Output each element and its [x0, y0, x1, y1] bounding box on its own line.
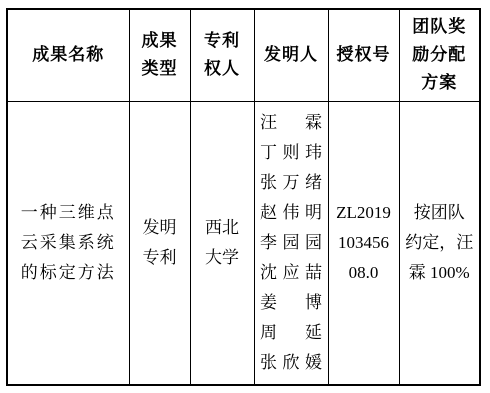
text-line: ZL2019 — [329, 198, 399, 228]
text-line: 发明人 — [255, 41, 328, 69]
text-line: 李园园 — [260, 228, 322, 258]
patent-results-table: 成果名称 成果类型 专利权人 发明人 授权号 团队奖励分配方案 一种三维点云采集… — [6, 8, 481, 386]
text-line: 授权号 — [329, 41, 399, 69]
text-line: 发明 — [130, 213, 190, 243]
column-header-patentee: 专利权人 — [190, 9, 254, 101]
column-header-achievement-type: 成果类型 — [129, 9, 190, 101]
text-line: 西北 — [191, 213, 254, 243]
text-line: 大学 — [191, 243, 254, 273]
table-data-row: 一种三维点云采集系统的标定方法 发明专利 西北大学 汪霖丁则玮张万绪赵伟明李园园… — [7, 101, 480, 385]
text-line: 丁则玮 — [260, 138, 322, 168]
cell-achievement-type: 发明专利 — [129, 101, 190, 385]
text-line: 的标定方法 — [8, 258, 129, 288]
text-line: 张欣媛 — [260, 348, 322, 378]
column-header-achievement-name: 成果名称 — [7, 9, 129, 101]
text-line: 汪霖 — [260, 108, 322, 138]
text-line: 成果 — [130, 27, 190, 55]
text-line: 张万绪 — [260, 168, 322, 198]
text-line: 沈应喆 — [260, 258, 322, 288]
text-line: 方案 — [400, 69, 480, 97]
cell-achievement-name: 一种三维点云采集系统的标定方法 — [7, 101, 129, 385]
table-header-row: 成果名称 成果类型 专利权人 发明人 授权号 团队奖励分配方案 — [7, 9, 480, 101]
column-header-grant-number: 授权号 — [328, 9, 399, 101]
text-line: 103456 — [329, 228, 399, 258]
column-header-inventors: 发明人 — [254, 9, 328, 101]
column-header-team-award-plan: 团队奖励分配方案 — [399, 9, 480, 101]
page: { "page": { "background": "#ffffff", "te… — [0, 0, 490, 393]
text-line: 周延 — [260, 318, 322, 348]
text-line: 姜博 — [260, 288, 322, 318]
text-line: 约定，汪 — [400, 228, 480, 258]
text-line: 按团队 — [400, 198, 480, 228]
text-line: 成果名称 — [8, 41, 129, 69]
text-line: 08.0 — [329, 258, 399, 288]
text-line: 霖 100% — [400, 258, 480, 288]
text-line: 权人 — [191, 55, 254, 83]
cell-team-award-plan: 按团队约定，汪霖 100% — [399, 101, 480, 385]
text-line: 专利 — [191, 27, 254, 55]
cell-patentee: 西北大学 — [190, 101, 254, 385]
text-line: 专利 — [130, 243, 190, 273]
text-line: 励分配 — [400, 41, 480, 69]
text-line: 赵伟明 — [260, 198, 322, 228]
text-line: 团队奖 — [400, 13, 480, 41]
text-line: 类型 — [130, 55, 190, 83]
cell-grant-number: ZL201910345608.0 — [328, 101, 399, 385]
text-line: 一种三维点 — [8, 198, 129, 228]
cell-inventors: 汪霖丁则玮张万绪赵伟明李园园沈应喆姜博周延张欣媛 — [254, 101, 328, 385]
text-line: 云采集系统 — [8, 228, 129, 258]
